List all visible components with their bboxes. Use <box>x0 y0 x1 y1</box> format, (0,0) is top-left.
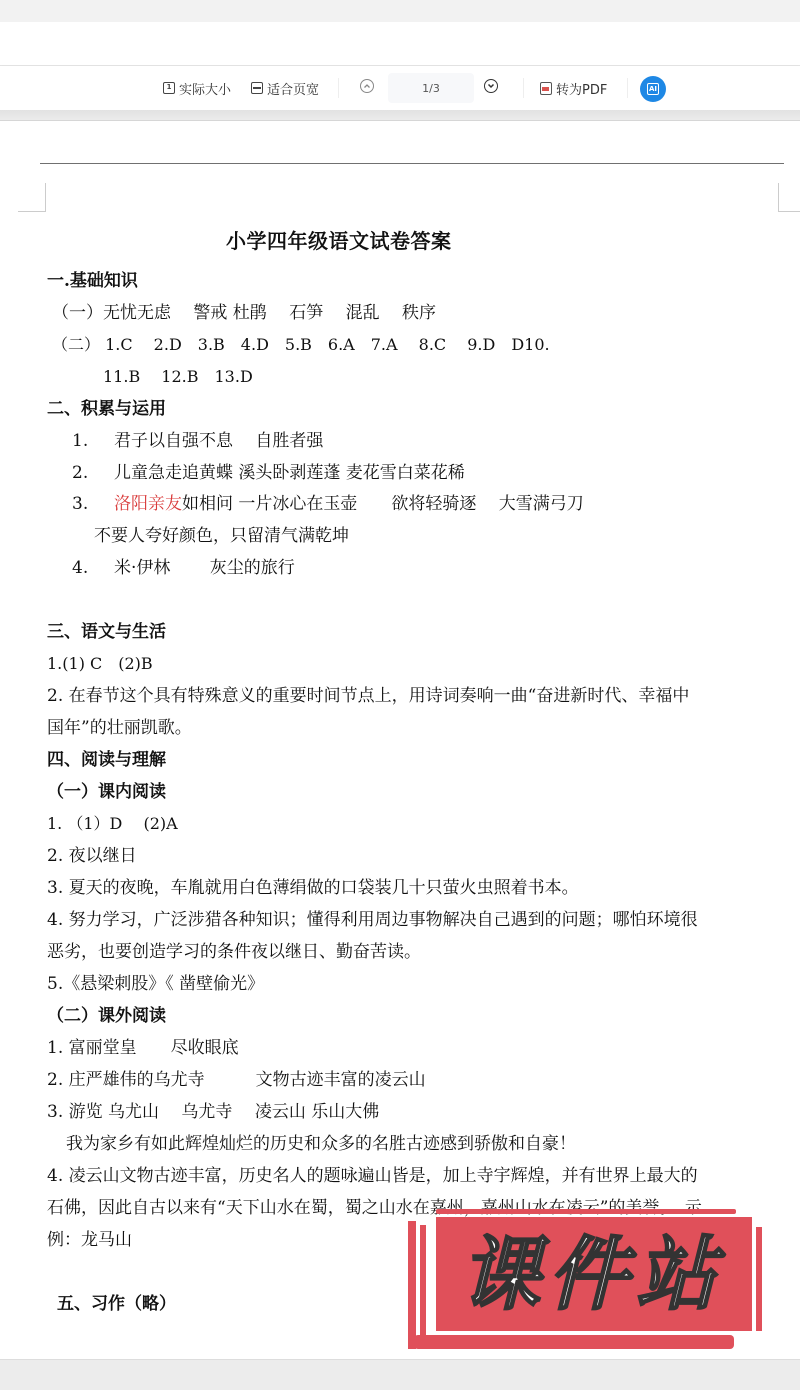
toolbar-shadow-strip <box>0 110 800 121</box>
viewer-toolbar: 1 实际大小 适合页宽 1/3 转为PDF AI <box>0 66 800 110</box>
answer-line: 11.B 12.B 13.D <box>103 366 253 388</box>
toolbar-divider <box>338 78 339 98</box>
list-number: 3. <box>72 493 88 515</box>
pdf-convert-icon <box>540 82 552 95</box>
browser-top-bar <box>0 0 800 22</box>
header-rule <box>40 163 784 164</box>
page-margin-corner-left <box>18 183 46 212</box>
answer-text: 如相问 一片冰心在玉壶 欲将轻骑逐 大雪满弓刀 <box>182 494 584 514</box>
answer-line: 4. 凌云山文物古迹丰富，历史名人的题咏遍山皆是，加上寺宇辉煌，并有世界上最大的 <box>47 1165 698 1187</box>
page-margin-corner-right <box>778 183 800 212</box>
toolbar-divider <box>523 78 524 98</box>
actual-size-icon: 1 <box>163 82 175 94</box>
watermark-stamp: 课件站 <box>400 1207 772 1357</box>
convert-to-pdf-label: 转为PDF <box>556 79 607 98</box>
answer-line: 4. 努力学习，广泛涉猎各种知识；懂得利用周边事物解决自己遇到的问题；哪怕环境很 <box>47 909 698 931</box>
prev-page-button[interactable] <box>360 79 374 93</box>
answer-line: 不要人夸好颜色，只留清气满乾坤 <box>94 525 349 547</box>
list-number: 1. <box>72 430 88 452</box>
answer-line: 恶劣，也要创造学习的条件夜以继日、勤奋苦读。 <box>47 941 421 963</box>
title-bar <box>0 22 800 66</box>
actual-size-label: 实际大小 <box>179 79 231 98</box>
answer-line: 洛阳亲友如相问 一片冰心在玉壶 欲将轻骑逐 大雪满弓刀 <box>114 493 584 515</box>
answer-line: 2. 庄严雄伟的乌尤寺 文物古迹丰富的凌云山 <box>47 1069 426 1091</box>
answer-line: 3. 夏天的夜晚，车胤就用白色薄绢做的口袋装几十只萤火虫照着书本。 <box>47 877 579 899</box>
answer-line: 2. 夜以继日 <box>47 845 137 867</box>
list-number: 2. <box>72 462 88 484</box>
answer-line: 例：龙马山 <box>47 1229 132 1251</box>
answer-line: 米·伊林 灰尘的旅行 <box>114 557 295 579</box>
highlighted-answer: 洛阳亲友 <box>114 494 182 514</box>
answer-line: 我为家乡有如此辉煌灿烂的历史和众多的名胜古迹感到骄傲和自豪！ <box>66 1133 576 1155</box>
answer-line: 君子以自强不息 自胜者强 <box>114 430 323 452</box>
answer-line: 2. 在春节这个具有特殊意义的重要时间节点上，用诗词奏响一曲“奋进新时代、幸福中 <box>47 685 689 707</box>
section-heading: 二、积累与运用 <box>47 398 166 420</box>
answer-line: 国年”的壮丽凯歌。 <box>47 717 192 739</box>
section-heading: 四、阅读与理解 <box>47 749 166 771</box>
page-indicator-text: 1/3 <box>422 82 440 95</box>
subsection-heading: （一）课内阅读 <box>47 781 166 803</box>
answer-line: （一）无忧无虑 警戒 杜鹃 石笋 混乱 秩序 <box>52 302 436 324</box>
watermark-text: 课件站 <box>432 1225 752 1325</box>
ai-assistant-icon: AI <box>647 83 659 95</box>
next-page-button[interactable] <box>484 79 498 93</box>
fit-width-button[interactable]: 适合页宽 <box>251 78 319 98</box>
section-heading: 五、习作（略） <box>57 1293 176 1315</box>
answer-line: 1. 富丽堂皇 尽收眼底 <box>47 1037 239 1059</box>
fit-width-label: 适合页宽 <box>267 79 319 98</box>
list-number: 4. <box>72 557 88 579</box>
chevron-down-icon <box>487 82 495 90</box>
answer-line: 3. 游览 乌尤山 乌尤寺 凌云山 乐山大佛 <box>47 1101 379 1123</box>
chevron-up-icon <box>363 82 371 90</box>
answer-line: 5.《悬梁刺股》《 凿壁偷光》 <box>47 973 264 995</box>
answer-line: 儿童急走追黄蝶 溪头卧剥莲蓬 麦花雪白菜花稀 <box>114 462 465 484</box>
section-heading: 三、语文与生活 <box>47 621 166 643</box>
page-indicator[interactable]: 1/3 <box>388 73 474 103</box>
actual-size-button[interactable]: 1 实际大小 <box>163 78 231 98</box>
section-heading: 一.基础知识 <box>47 270 138 292</box>
document-title: 小学四年级语文试卷答案 <box>226 225 452 254</box>
answer-line: 1. （1）D (2)A <box>47 813 178 835</box>
subsection-heading: （二）课外阅读 <box>47 1005 166 1027</box>
answer-line: （二） 1.C 2.D 3.B 4.D 5.B 6.A 7.A 8.C 9.D … <box>52 334 550 356</box>
document-page: 小学四年级语文试卷答案 一.基础知识 （一）无忧无虑 警戒 杜鹃 石笋 混乱 秩… <box>0 121 800 1360</box>
convert-to-pdf-button[interactable]: 转为PDF <box>540 78 607 98</box>
toolbar-divider <box>627 78 628 98</box>
fit-width-icon <box>251 82 263 94</box>
answer-line: 1.(1) C (2)B <box>47 653 153 675</box>
ai-assistant-button[interactable]: AI <box>640 76 666 102</box>
